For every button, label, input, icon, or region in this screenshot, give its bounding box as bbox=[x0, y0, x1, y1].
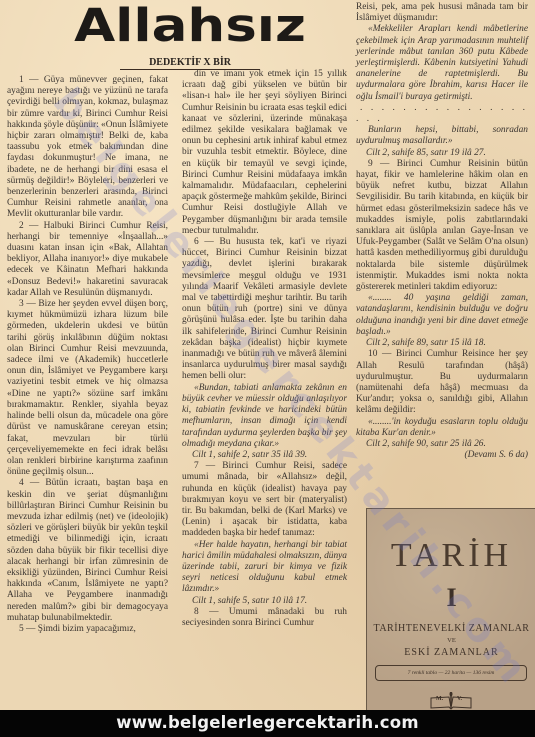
footer-url: www.belgelerlegercektarih.com bbox=[0, 710, 535, 737]
logo-letter-v: V. bbox=[457, 696, 462, 702]
paragraph: 3 — Bize her şeyden evvel düşen borç, kı… bbox=[7, 299, 168, 478]
quote-paragraph: Bunların hepsi, bittabi, sonradan uyduru… bbox=[356, 125, 528, 147]
paragraph: 7 — Birinci Cumhur Reisi, sadece umumi m… bbox=[182, 461, 347, 539]
paragraph: 4 — Bütün icraatı, baştan başa en keskin… bbox=[7, 478, 168, 624]
article-column-3: Reisi, pek, ama pek hususi mânada tam bi… bbox=[356, 2, 528, 461]
newspaper-page: Allahsız DEDEKTİF X BİR 1 — Güya münevve… bbox=[0, 0, 535, 710]
continued-note: (Devamı S. 6 da) bbox=[356, 450, 528, 461]
book-volume: I bbox=[367, 583, 535, 613]
citation: Cilt 2, sahife 90, satır 25 ilâ 26. bbox=[356, 439, 528, 450]
citation: Cilt 2, sahife 89, satır 15 ilâ 18. bbox=[356, 338, 528, 349]
paragraph: 2 — Halbuki Birinci Cumhur Reisi, herhan… bbox=[7, 221, 168, 299]
open-book-torch-logo-icon: M. V. bbox=[429, 692, 473, 710]
book-title: TARİH bbox=[367, 537, 535, 575]
citation: Cilt 1, sahife 2, satır 35 ilâ 39. bbox=[182, 450, 347, 461]
paragraph: din ve imanı yok etmek için 15 yıllık ic… bbox=[182, 69, 347, 237]
quote-paragraph: «........'in koyduğu esasların toplu old… bbox=[356, 417, 528, 439]
book-subtitle-2: ESKİ ZAMANLAR bbox=[367, 647, 535, 658]
paragraph: . . . . . . . . . . . . . . . . . . . bbox=[356, 103, 528, 125]
logo-letter-m: M. bbox=[436, 696, 443, 702]
book-subtitle-ve: VE bbox=[367, 637, 535, 644]
paragraph: 5 — Şimdi bizim yapacağımız, bbox=[7, 624, 168, 635]
paragraph: 9 — Birinci Cumhur Reisinin bütün hayat,… bbox=[356, 159, 528, 293]
article-column-2: din ve imanı yok etmek için 15 yıllık ic… bbox=[182, 69, 347, 629]
paragraph: 6 — Bu hususta tek, kat'i ve riyazi hücc… bbox=[182, 237, 347, 383]
citation: Cilt 1, sahife 5, satır 10 ilâ 17. bbox=[182, 596, 347, 607]
byline: DEDEKTİF X BİR bbox=[120, 56, 260, 70]
book-info-box: 7 renkli tablo — 22 harita — 136 resim bbox=[375, 665, 527, 681]
paragraph: 10 — Birinci Cumhur Reisince her şey All… bbox=[356, 349, 528, 416]
paragraph: 8 — Umumi mânadaki bu ruh seciyesinden s… bbox=[182, 607, 347, 629]
headline: Allahsız bbox=[48, 0, 331, 52]
citation: Cilt 2, sahife 85, satır 19 ilâ 27. bbox=[356, 148, 528, 159]
paragraph: Reisi, pek, ama pek hususi mânada tam bi… bbox=[356, 2, 528, 24]
book-cover-image: TARİH I TARİHTENEVELKİ ZAMANLAR VE ESKİ … bbox=[366, 508, 535, 710]
article-column-1: 1 — Güya münevver geçinen, fakat ayağını… bbox=[7, 75, 168, 635]
quote-paragraph: «Mekkeliler Arapları kendi mâbetlerine ç… bbox=[356, 24, 528, 102]
paragraph: 1 — Güya münevver geçinen, fakat ayağını… bbox=[7, 75, 168, 221]
book-subtitle-1: TARİHTENEVELKİ ZAMANLAR bbox=[367, 623, 535, 634]
quote-paragraph: «Her halde hayatın, herhangi bir tabiat … bbox=[182, 540, 347, 596]
quote-paragraph: «Bundan, tabiati anlamakta zekânın en bü… bbox=[182, 383, 347, 450]
quote-paragraph: «........ 40 yaşına geldiği zaman, vatan… bbox=[356, 293, 528, 338]
